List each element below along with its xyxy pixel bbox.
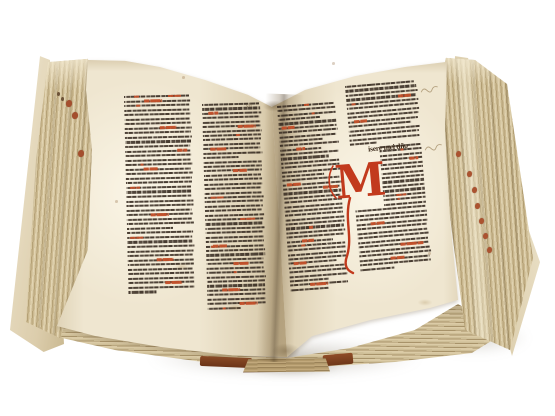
- text-line: [207, 266, 264, 270]
- text-line: [127, 227, 173, 230]
- text-line: [207, 284, 265, 288]
- fore-edge-tab: [487, 247, 492, 253]
- text-line: [128, 291, 156, 294]
- rubric-word: [281, 126, 294, 130]
- text-line: [204, 164, 262, 168]
- rubric-word: [286, 183, 300, 187]
- manuscript-photograph: M isere mei dño vii: [0, 0, 555, 416]
- text-line: [204, 191, 261, 195]
- fore-edge-spot: [66, 100, 72, 107]
- rubric-mark: [309, 226, 314, 228]
- rubric-word: [240, 217, 256, 220]
- rubric-word: [409, 156, 419, 160]
- foxing-speck: [182, 76, 185, 79]
- text-line: [127, 213, 193, 217]
- text-line: [126, 172, 193, 176]
- text-line: [128, 281, 194, 285]
- text-line: [206, 244, 264, 248]
- rubric-word: [165, 281, 182, 284]
- text-line: [206, 248, 265, 252]
- text-line: [125, 131, 191, 135]
- text-line: [204, 169, 262, 173]
- rubric-word: [234, 262, 249, 265]
- text-line: [203, 138, 261, 142]
- text-line: [204, 182, 262, 186]
- text-line: [126, 176, 192, 180]
- text-line: [125, 122, 191, 126]
- text-line: [207, 275, 266, 279]
- rubric-mark: [134, 96, 140, 98]
- text-line: [205, 213, 264, 217]
- parchment-stain: [225, 303, 245, 312]
- text-line: [127, 222, 194, 226]
- rubric-word: [398, 94, 411, 98]
- rubric-mark: [141, 164, 144, 166]
- rubric-word: [302, 239, 314, 243]
- rubric-word: [177, 149, 187, 152]
- text-line: [125, 135, 192, 139]
- fore-edge-tab: [456, 151, 461, 157]
- text-line: [205, 226, 264, 230]
- rubric-mark: [351, 103, 355, 105]
- text-line: [205, 200, 263, 204]
- text-line: [207, 297, 265, 301]
- text-line: [128, 254, 193, 258]
- text-line: [128, 249, 194, 253]
- text-line: [202, 120, 260, 124]
- rubric-word: [157, 258, 174, 261]
- rubric-mark: [301, 244, 305, 246]
- rubric-word: [233, 169, 247, 172]
- rubric-word: [293, 261, 306, 265]
- fore-edge-tab: [467, 171, 472, 177]
- rubric-word: [296, 147, 306, 151]
- text-line: [206, 257, 263, 261]
- rubric-mark: [236, 134, 240, 136]
- rubric-word: [144, 168, 158, 171]
- fore-edge-spot: [72, 112, 78, 119]
- foxing-speck: [115, 200, 118, 203]
- text-layer: [0, 0, 555, 416]
- text-line: [204, 186, 261, 190]
- margin-note-stroke: [425, 144, 442, 151]
- text-line: [127, 240, 192, 244]
- text-line: [127, 231, 193, 235]
- text-line: [128, 272, 194, 276]
- rubric-word: [222, 288, 241, 291]
- text-line: [127, 235, 192, 239]
- text-line: [204, 160, 262, 164]
- text-line: [203, 156, 238, 159]
- text-line: [124, 113, 190, 117]
- text-line: [203, 151, 262, 155]
- foxing-speck: [428, 252, 431, 255]
- text-line: [125, 149, 190, 153]
- foxing-speck: [332, 62, 335, 65]
- rubric-mark: [233, 271, 236, 273]
- rubric-word: [160, 126, 177, 129]
- text-line: [203, 133, 261, 137]
- text-line: [125, 154, 191, 158]
- text-line: [128, 285, 194, 289]
- rubric-word: [354, 120, 368, 124]
- text-line: [126, 204, 193, 208]
- fore-edge-tab: [479, 218, 484, 224]
- text-line: [205, 209, 262, 213]
- text-line: [206, 231, 263, 235]
- text-line: [205, 222, 262, 226]
- text-column-left-inner: [202, 102, 267, 312]
- text-line: [206, 253, 265, 257]
- text-line: [206, 235, 264, 239]
- rubric-word: [310, 282, 328, 286]
- fore-edge-spot: [78, 150, 84, 157]
- fore-edge-tab: [472, 187, 477, 193]
- text-line: [205, 195, 264, 199]
- text-line: [202, 116, 259, 120]
- rubric-word: [130, 236, 143, 239]
- text-line: [203, 129, 262, 133]
- rubric-word: [400, 241, 423, 246]
- text-line: [128, 276, 194, 280]
- text-line: [125, 126, 192, 130]
- text-line: [125, 140, 191, 144]
- text-line: [126, 181, 192, 185]
- text-line: [124, 95, 189, 99]
- rubric-word: [238, 124, 256, 127]
- text-line: [125, 117, 190, 121]
- text-line: [202, 111, 261, 115]
- initial-m-artwork: M: [326, 140, 390, 276]
- fore-edge-tab: [475, 203, 480, 209]
- text-line: [126, 167, 191, 171]
- text-line: [203, 147, 260, 151]
- fore-edge-tab: [483, 233, 488, 239]
- initial-tail-flourish: [346, 198, 353, 273]
- text-line: [205, 204, 263, 208]
- rubric-word: [144, 99, 163, 102]
- rubric-mark: [397, 198, 400, 200]
- text-line: [127, 244, 194, 248]
- rubric-mark: [304, 104, 309, 106]
- illuminated-initial: M: [326, 140, 390, 276]
- edge-speck: [61, 97, 64, 101]
- text-line: [126, 190, 191, 194]
- text-line: [205, 217, 263, 221]
- text-line: [127, 208, 192, 212]
- text-line: [124, 108, 189, 112]
- text-line: [207, 293, 265, 297]
- text-line: [204, 173, 261, 177]
- rubric-word: [208, 112, 219, 115]
- text-line: [127, 217, 192, 221]
- rubric-word: [168, 94, 181, 97]
- text-line: [290, 286, 328, 291]
- rubric-word: [130, 186, 140, 189]
- text-line: [203, 142, 260, 146]
- rubric-word: [213, 245, 227, 248]
- rubric-word: [210, 147, 226, 150]
- text-line: [207, 288, 265, 292]
- initial-letter: M: [333, 151, 388, 209]
- rubric-word: [396, 193, 407, 197]
- text-line: [204, 178, 262, 182]
- rubric-mark: [137, 105, 141, 107]
- rubric-mark: [311, 112, 314, 114]
- margin-note-stroke: [421, 86, 438, 93]
- rubric-word: [151, 213, 170, 216]
- text-line: [206, 262, 263, 266]
- text-line: [207, 270, 265, 274]
- text-line: [203, 124, 261, 128]
- text-line: [125, 158, 190, 162]
- text-line: [124, 99, 190, 103]
- text-line: [206, 240, 264, 244]
- text-line: [126, 195, 191, 199]
- text-line: [126, 185, 191, 189]
- text-line: [124, 104, 189, 108]
- text-line: [125, 145, 190, 149]
- text-line: [126, 199, 193, 203]
- parchment-stain: [172, 262, 192, 271]
- folio-mark: vii: [246, 103, 252, 109]
- parchment-stain: [415, 298, 435, 307]
- text-line: [207, 279, 265, 283]
- text-line: [126, 163, 193, 167]
- rubric-word: [210, 196, 223, 199]
- rubric-word: [391, 256, 405, 260]
- edge-speck: [57, 92, 60, 96]
